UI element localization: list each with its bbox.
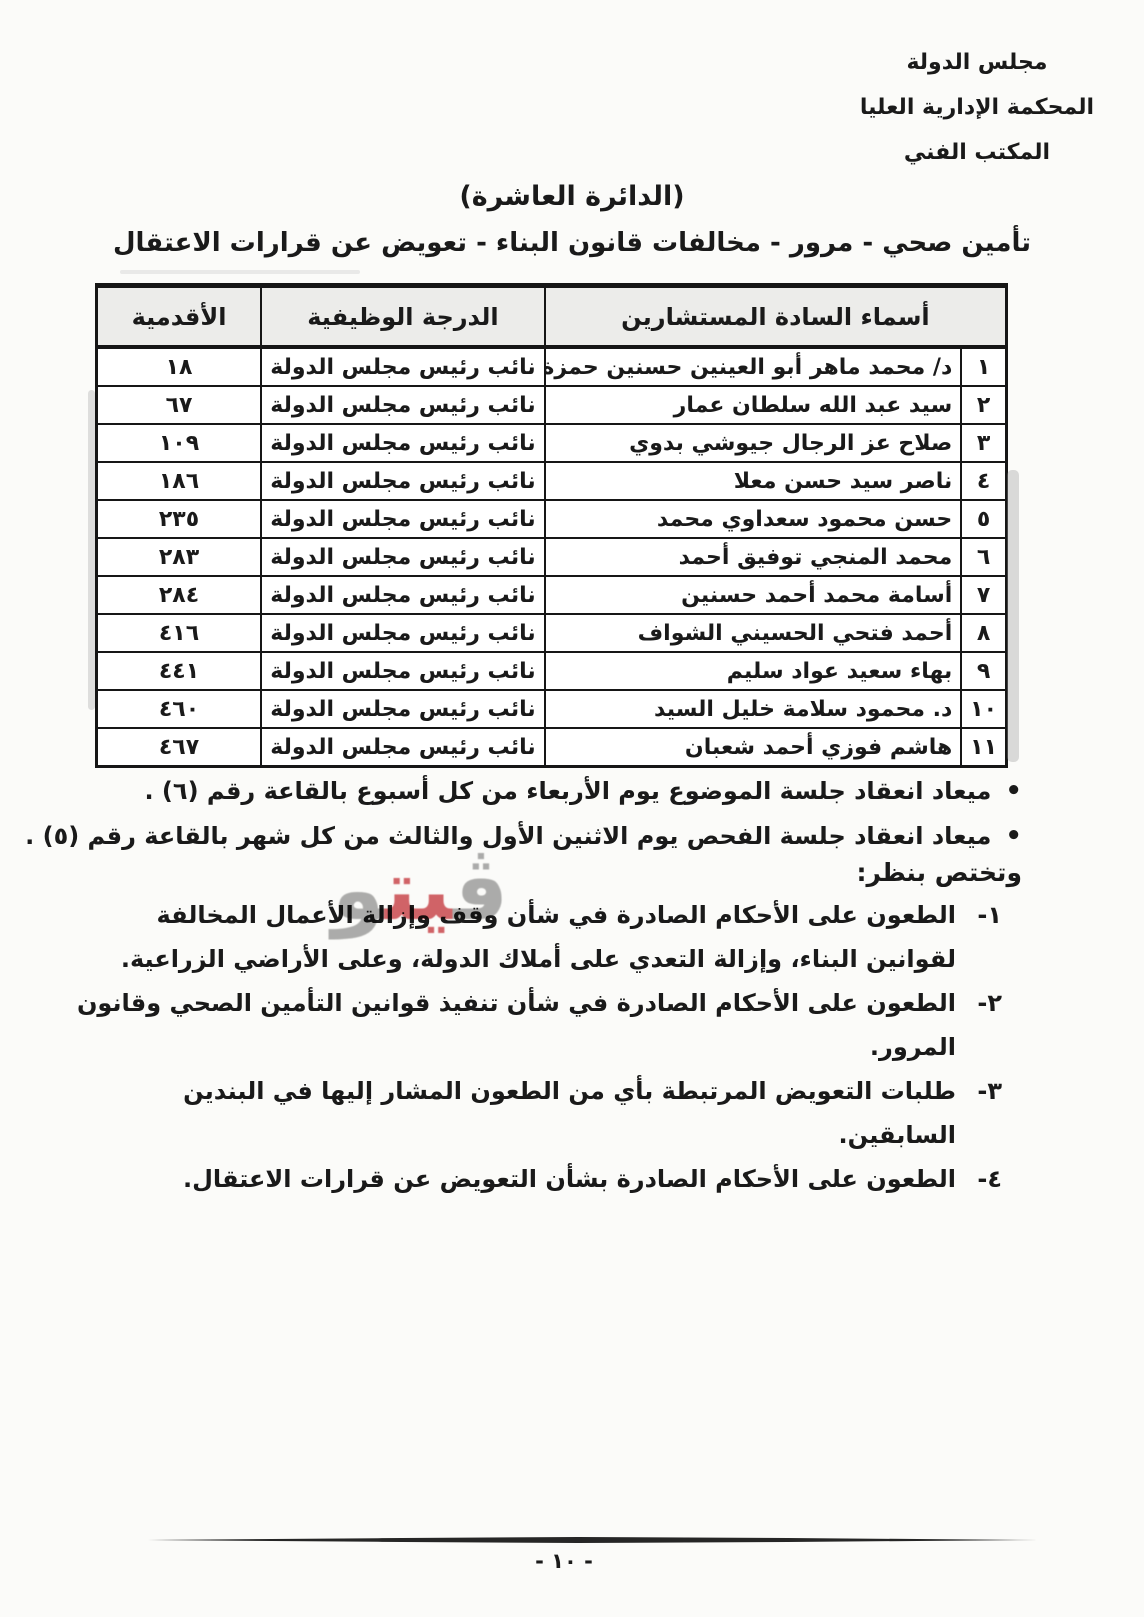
table-row: ١ د/ محمد ماهر أبو العينين حسنين حمزة نا… [97, 347, 1007, 386]
scan-smudge [1007, 470, 1019, 762]
footer-divider [148, 1529, 1038, 1548]
counselor-name: د/ محمد ماهر أبو العينين حسنين حمزة [545, 347, 961, 386]
counselor-seniority: ٢٣٥ [97, 500, 262, 538]
row-number: ٢ [961, 386, 1006, 424]
counselor-grade: نائب رئيس مجلس الدولة [261, 500, 545, 538]
row-number: ١١ [961, 728, 1006, 767]
counselor-seniority: ٤٦٧ [97, 728, 262, 767]
counselor-seniority: ٢٨٤ [97, 576, 262, 614]
item-number: ٢- [956, 981, 1002, 1069]
list-item: ٢- الطعون على الأحكام الصادرة في شأن تنف… [60, 981, 1002, 1069]
counselor-grade: نائب رئيس مجلس الدولة [261, 462, 545, 500]
scan-smudge [88, 390, 95, 710]
session-line-examination: • ميعاد انعقاد جلسة الفحص يوم الاثنين ال… [25, 813, 1022, 858]
counselor-grade: نائب رئيس مجلس الدولة [261, 347, 545, 386]
counselor-name: محمد المنجي توفيق أحمد [545, 538, 961, 576]
row-number: ٤ [961, 462, 1006, 500]
table-row: ٤ ناصر سيد حسن معلا نائب رئيس مجلس الدول… [97, 462, 1007, 500]
counselor-seniority: ١٠٩ [97, 424, 262, 462]
item-number: ٣- [956, 1069, 1002, 1157]
list-item: ١- الطعون على الأحكام الصادرة في شأن وقف… [60, 893, 1002, 981]
counselor-grade: نائب رئيس مجلس الدولة [261, 728, 545, 767]
table-row: ٧ أسامة محمد أحمد حسنين نائب رئيس مجلس ا… [97, 576, 1007, 614]
row-number: ١ [961, 347, 1006, 386]
list-item: ٣- طلبات التعويض المرتبطة بأي من الطعون … [60, 1069, 1002, 1157]
counselor-grade: نائب رئيس مجلس الدولة [261, 652, 545, 690]
counselors-table-wrap: أسماء السادة المستشارين الدرجة الوظيفية … [95, 283, 1008, 768]
counselor-seniority: ٤٤١ [97, 652, 262, 690]
item-text: طلبات التعويض المرتبطة بأي من الطعون الم… [60, 1069, 956, 1157]
counselor-name: أحمد فتحي الحسيني الشواف [545, 614, 961, 652]
counselor-name: صلاح عز الرجال جيوشي بدوي [545, 424, 961, 462]
table-row: ٣ صلاح عز الرجال جيوشي بدوي نائب رئيس مج… [97, 424, 1007, 462]
counselor-name: حسن محمود سعداوي محمد [545, 500, 961, 538]
counselor-name: ناصر سيد حسن معلا [545, 462, 961, 500]
session-text: ميعاد انعقاد جلسة الفحص يوم الاثنين الأو… [25, 822, 991, 850]
letterhead-line-court: المحكمة الإدارية العليا [860, 85, 1094, 130]
counselor-grade: نائب رئيس مجلس الدولة [261, 386, 545, 424]
counselor-seniority: ٤٦٠ [97, 690, 262, 728]
table-row: ٩ بهاء سعيد عواد سليم نائب رئيس مجلس الد… [97, 652, 1007, 690]
scan-smudge [120, 270, 360, 274]
row-number: ٨ [961, 614, 1006, 652]
row-number: ٥ [961, 500, 1006, 538]
item-text: الطعون على الأحكام الصادرة بشأن التعويض … [60, 1157, 956, 1201]
row-number: ٧ [961, 576, 1006, 614]
list-item: ٤- الطعون على الأحكام الصادرة بشأن التعو… [60, 1157, 1002, 1201]
counselor-seniority: ٢٨٣ [97, 538, 262, 576]
counselor-seniority: ٦٧ [97, 386, 262, 424]
counselor-name: أسامة محمد أحمد حسنين [545, 576, 961, 614]
session-line-subject: • ميعاد انعقاد جلسة الموضوع يوم الأربعاء… [25, 768, 1022, 813]
item-number: ٤- [956, 1157, 1002, 1201]
counselor-name: د. محمود سلامة خليل السيد [545, 690, 961, 728]
table-row: ٦ محمد المنجي توفيق أحمد نائب رئيس مجلس … [97, 538, 1007, 576]
item-text: الطعون على الأحكام الصادرة في شأن وقف وإ… [60, 893, 956, 981]
item-number: ١- [956, 893, 1002, 981]
bullet-icon: • [1005, 778, 1022, 804]
session-text: ميعاد انعقاد جلسة الموضوع يوم الأربعاء م… [144, 777, 991, 805]
header-grade: الدرجة الوظيفية [261, 286, 545, 348]
letterhead-line-council: مجلس الدولة [860, 40, 1094, 85]
counselor-name: هاشم فوزي أحمد شعبان [545, 728, 961, 767]
page-title: (الدائرة العاشرة) [0, 181, 1144, 212]
counselor-seniority: ١٨٦ [97, 462, 262, 500]
table-row: ١١ هاشم فوزي أحمد شعبان نائب رئيس مجلس ا… [97, 728, 1007, 767]
counselors-table: أسماء السادة المستشارين الدرجة الوظيفية … [95, 283, 1008, 768]
row-number: ٣ [961, 424, 1006, 462]
counselor-grade: نائب رئيس مجلس الدولة [261, 690, 545, 728]
counselor-seniority: ١٨ [97, 347, 262, 386]
letterhead: مجلس الدولة المحكمة الإدارية العليا المك… [860, 40, 1094, 175]
header-names: أسماء السادة المستشارين [545, 286, 1007, 348]
header-seniority: الأقدمية [97, 286, 262, 348]
counselor-name: بهاء سعيد عواد سليم [545, 652, 961, 690]
letterhead-line-office: المكتب الفني [860, 130, 1094, 175]
page-subtitle: تأمين صحي - مرور - مخالفات قانون البناء … [0, 228, 1144, 258]
page-number: - ١٠ - [0, 1549, 1128, 1573]
scanned-document-page: مجلس الدولة المحكمة الإدارية العليا المك… [0, 0, 1144, 1617]
counselor-name: سيد عبد الله سلطان عمار [545, 386, 961, 424]
counselor-seniority: ٤١٦ [97, 614, 262, 652]
jurisdiction-heading: وتختص بنظر: [857, 858, 1022, 887]
jurisdiction-list: ١- الطعون على الأحكام الصادرة في شأن وقف… [60, 893, 1002, 1201]
table-row: ١٠ د. محمود سلامة خليل السيد نائب رئيس م… [97, 690, 1007, 728]
table-row: ٢ سيد عبد الله سلطان عمار نائب رئيس مجلس… [97, 386, 1007, 424]
row-number: ٦ [961, 538, 1006, 576]
row-number: ٩ [961, 652, 1006, 690]
row-number: ١٠ [961, 690, 1006, 728]
table-row: ٥ حسن محمود سعداوي محمد نائب رئيس مجلس ا… [97, 500, 1007, 538]
counselor-grade: نائب رئيس مجلس الدولة [261, 424, 545, 462]
table-row: ٨ أحمد فتحي الحسيني الشواف نائب رئيس مجل… [97, 614, 1007, 652]
item-text: الطعون على الأحكام الصادرة في شأن تنفيذ … [60, 981, 956, 1069]
counselor-grade: نائب رئيس مجلس الدولة [261, 538, 545, 576]
table-header-row: أسماء السادة المستشارين الدرجة الوظيفية … [97, 286, 1007, 348]
counselor-grade: نائب رئيس مجلس الدولة [261, 614, 545, 652]
session-schedule: • ميعاد انعقاد جلسة الموضوع يوم الأربعاء… [25, 768, 1022, 858]
bullet-icon: • [1005, 823, 1022, 849]
counselor-grade: نائب رئيس مجلس الدولة [261, 576, 545, 614]
